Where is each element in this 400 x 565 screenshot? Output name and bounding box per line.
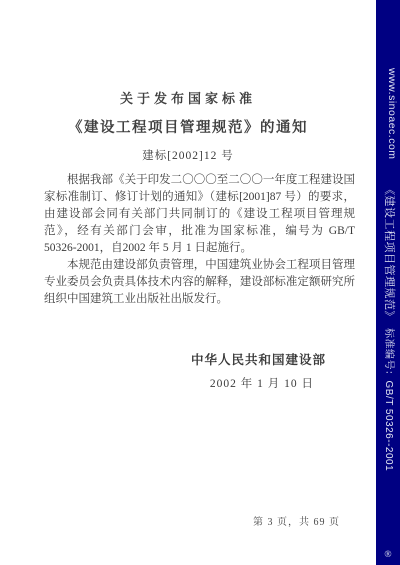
signature-date: 2002 年 1 月 10 日 xyxy=(0,375,314,391)
page-number-footer: 第 3 页，共 69 页 xyxy=(253,513,340,528)
notice-title-line2: 《建设工程项目管理规范》的通知 xyxy=(0,116,376,137)
standard-code-value: GB/T 50326--2001 xyxy=(383,381,394,472)
standard-title-watermark: 《建设工程项目管理规范》 xyxy=(382,184,398,322)
registered-trademark-icon: ® xyxy=(376,550,400,560)
document-number: 建标[2002]12 号 xyxy=(0,147,376,163)
standard-code-watermark: 标准编号：GB/T 50326--2001 xyxy=(383,328,398,471)
notice-body: 根据我部《关于印发二〇〇〇至二〇〇一年度工程建设国家标准制订、修订计划的通知》（… xyxy=(44,172,355,308)
document-page: 关于发布国家标准 《建设工程项目管理规范》的通知 建标[2002]12 号 根据… xyxy=(0,0,376,565)
website-watermark: www.sinoaec.com xyxy=(386,68,398,160)
standard-code-label: 标准编号： xyxy=(383,328,394,381)
paragraph-2: 本规范由建设部负责管理，中国建筑业协会工程项目管理专业委员会负责具体技术内容的解… xyxy=(44,257,355,308)
paragraph-1: 根据我部《关于印发二〇〇〇至二〇〇一年度工程建设国家标准制订、修订计划的通知》（… xyxy=(44,172,355,257)
signature-organization: 中华人民共和国建设部 xyxy=(0,350,326,368)
notice-title-line1: 关于发布国家标准 xyxy=(0,88,376,107)
watermark-sidebar: www.sinoaec.com 《建设工程项目管理规范》 标准编号：GB/T 5… xyxy=(376,0,400,565)
